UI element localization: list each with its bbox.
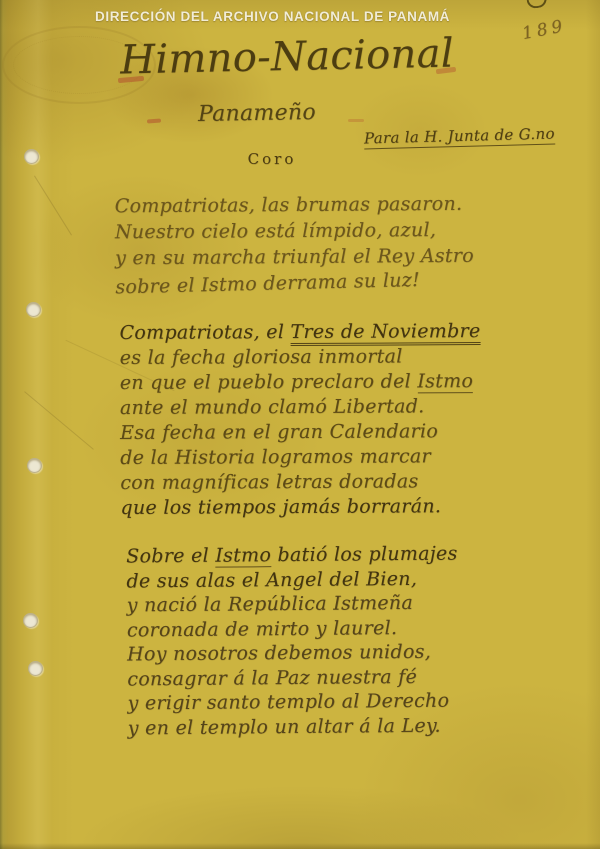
stanza-2: Compatriotas, el Tres de Noviembre es la… [119, 319, 481, 521]
cut-off-ink-mark [526, 0, 547, 9]
verse-line: Compatriotas, las brumas pasaron. [115, 191, 474, 220]
verse-text: batió los plumajes [271, 543, 458, 567]
section-heading-coro: Coro [0, 150, 572, 168]
verse-line: en que el pueblo preclaro del Istmo [120, 369, 481, 396]
dedication-note: Para la H. Junta de G.no [364, 125, 555, 148]
stanza-3: Sobre el Istmo batió los plumajes de sus… [126, 542, 459, 741]
verse-line: de sus alas el Angel del Bien, [126, 566, 458, 593]
verse-line: Compatriotas, el Tres de Noviembre [119, 319, 480, 346]
verse-line: Esa fecha en el gran Calendario [120, 419, 481, 446]
verse-line: consagrar á la Paz nuestra fé [127, 664, 459, 691]
verse-line: y erigir santo templo al Derecho [127, 689, 459, 716]
punch-hole [27, 458, 42, 473]
punch-hole [23, 613, 38, 628]
verse-line: ante el mundo clamó Libertad. [120, 394, 481, 421]
crease-mark [34, 176, 72, 236]
verse-line: con magníficas letras doradas [120, 469, 481, 496]
verse-line: que los tiempos jamás borrarán. [120, 494, 481, 521]
underlined-phrase: Tres de Noviembre [290, 320, 480, 346]
dedication-text: Para la H. Junta de G.no [364, 125, 555, 150]
stanza-1: Compatriotas, las brumas pasaron. Nuestr… [115, 191, 475, 298]
manuscript-page: DIRECCIÓN DEL ARCHIVO NACIONAL DE PANAMÁ… [0, 0, 600, 849]
archive-watermark: DIRECCIÓN DEL ARCHIVO NACIONAL DE PANAMÁ [95, 9, 515, 24]
verse-text: en que el pueblo preclaro del [120, 370, 418, 394]
verse-line: y nació la República Istmeña [127, 591, 459, 618]
verse-text: Sobre el [126, 545, 215, 568]
verse-line: Hoy nosotros debemos unidos, [127, 640, 459, 667]
verse-text: Compatriotas, el [119, 321, 290, 344]
verse-line: de la Historia logramos marcar [120, 444, 481, 471]
punch-hole [24, 149, 39, 164]
punch-hole [26, 302, 41, 317]
crease-mark [24, 391, 94, 450]
underlined-phrase: Istmo [417, 370, 473, 393]
verse-line: es la fecha gloriosa inmortal [120, 344, 481, 371]
verse-line: Sobre el Istmo batió los plumajes [126, 542, 458, 569]
punch-hole [28, 661, 43, 676]
verse-line: y en el templo un altar á la Ley. [128, 713, 460, 740]
verse-line: coronada de mirto y laurel. [127, 615, 459, 642]
verse-line: Nuestro cielo está límpido, azul, [115, 217, 474, 246]
underlined-phrase: Istmo [215, 544, 271, 567]
